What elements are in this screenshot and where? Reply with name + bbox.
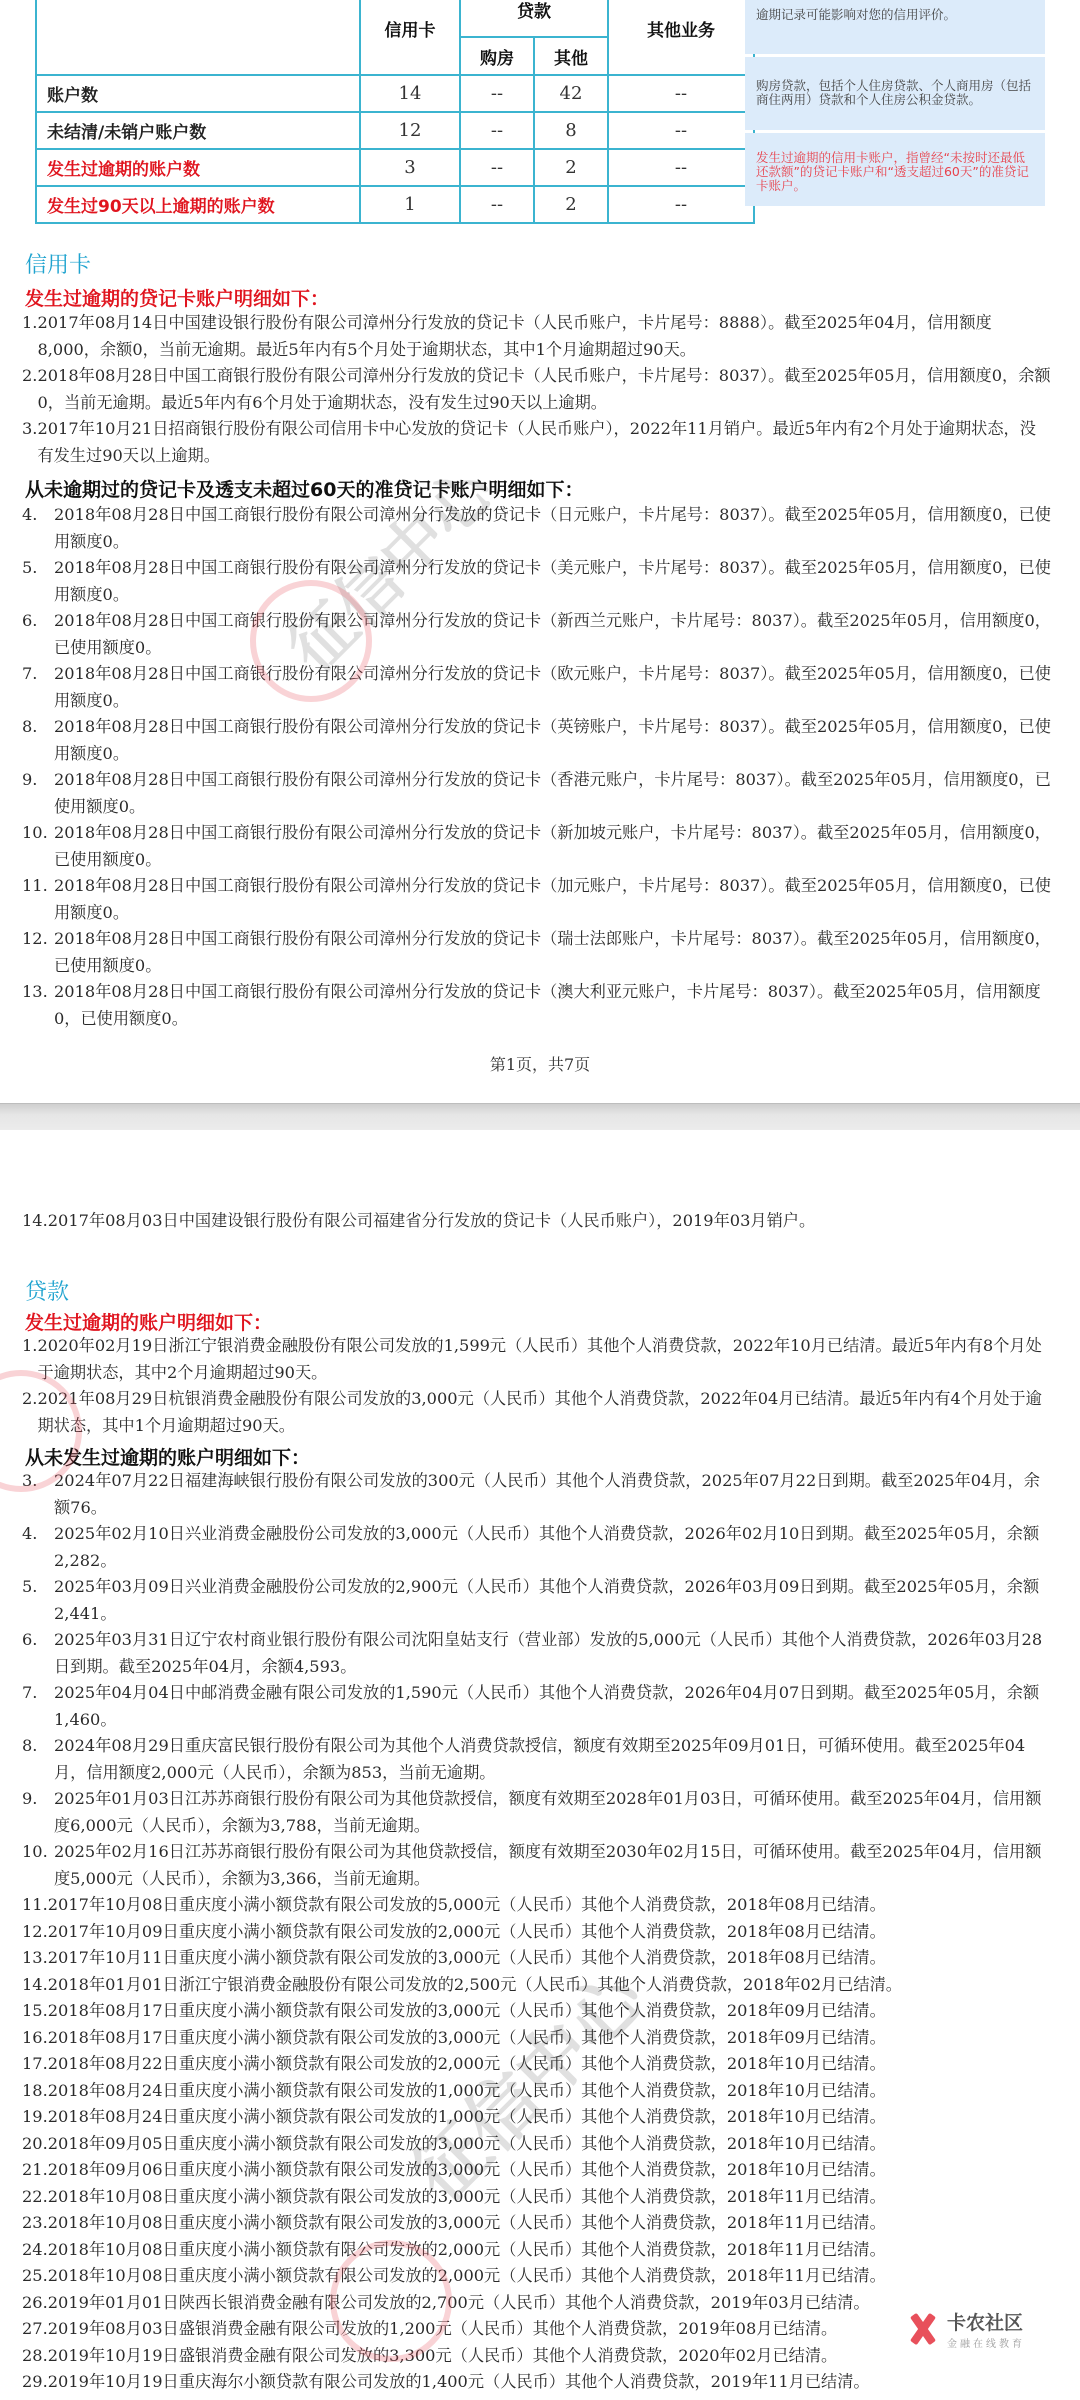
item-number: 5. xyxy=(22,1574,54,1627)
list-item: 14.2018年01月01日浙江宁银消费金融股份有限公司发放的2,500元（人民… xyxy=(22,1972,1052,1999)
credit-card-normal-heading: 从未逾期过的贷记卡及透支未超过60天的准贷记卡账户明细如下： xyxy=(25,475,583,502)
list-item: 2.2021年08月29日杭银消费金融股份有限公司发放的3,000元（人民币）其… xyxy=(22,1386,1052,1439)
page-number: 第1页，共7页 xyxy=(0,1052,1080,1075)
cell-housing: -- xyxy=(460,186,534,223)
cell-other-business: -- xyxy=(608,186,754,223)
item-number: 2. xyxy=(22,363,37,416)
header-loan-other: 其他 xyxy=(534,37,608,75)
item-text: 2019年10月19日盛银消费金融有限公司发放的3,300元（人民币）其他个人消… xyxy=(48,2343,1052,2370)
report-page-2: 14.2017年08月03日中国建设银行股份有限公司福建省分行发放的贷记卡（人民… xyxy=(0,1130,1080,2400)
note-overdue-definition: 发生过逾期的信用卡账户，指曾经“未按时还最低还款额”的贷记卡账户和“透支超过60… xyxy=(745,133,1045,206)
item-text: 2017年10月21日招商银行股份有限公司信用卡中心发放的贷记卡（人民币账户），… xyxy=(37,416,1052,469)
list-item: 2.2018年08月28日中国工商银行股份有限公司漳州分行发放的贷记卡（人民币账… xyxy=(22,363,1052,416)
item-number: 14. xyxy=(22,1208,48,1235)
item-text: 2019年01月01日陕西长银消费金融有限公司发放的2,700元（人民币）其他个… xyxy=(48,2290,1052,2317)
item-text: 2018年08月28日中国工商银行股份有限公司漳州分行发放的贷记卡（美元账户，卡… xyxy=(54,555,1052,608)
item-number: 22. xyxy=(22,2184,48,2211)
credit-card-normal-list: 4.2018年08月28日中国工商银行股份有限公司漳州分行发放的贷记卡（日元账户… xyxy=(22,502,1052,1032)
note-housing-loan: 购房贷款，包括个人住房贷款、个人商用房（包括商住两用）贷款和个人住房公积金贷款。 xyxy=(745,57,1045,130)
list-item: 11.2017年10月08日重庆度小满小额贷款有限公司发放的5,000元（人民币… xyxy=(22,1892,1052,1919)
cell-other: 2 xyxy=(534,149,608,186)
item-text: 2018年10月08日重庆度小满小额贷款有限公司发放的2,000元（人民币）其他… xyxy=(48,2237,1052,2264)
cell-housing: -- xyxy=(460,75,534,112)
list-item: 18.2018年08月24日重庆度小满小额贷款有限公司发放的1,000元（人民币… xyxy=(22,2078,1052,2105)
cell-housing: -- xyxy=(460,112,534,149)
item-text: 2018年08月28日中国工商银行股份有限公司漳州分行发放的贷记卡（加元账户，卡… xyxy=(54,873,1052,926)
list-item: 19.2018年08月24日重庆度小满小额贷款有限公司发放的1,000元（人民币… xyxy=(22,2104,1052,2131)
item-number: 15. xyxy=(22,1998,48,2025)
list-item: 3.2017年10月21日招商银行股份有限公司信用卡中心发放的贷记卡（人民币账户… xyxy=(22,416,1052,469)
item-number: 4. xyxy=(22,1521,54,1574)
item-number: 27. xyxy=(22,2316,48,2343)
cell-other: 8 xyxy=(534,112,608,149)
item-text: 2024年07月22日福建海峡银行股份有限公司发放的300元（人民币）其他个人消… xyxy=(54,1468,1052,1521)
item-number: 6. xyxy=(22,1627,54,1680)
item-text: 2025年03月09日兴业消费金融股份公司发放的2,900元（人民币）其他个人消… xyxy=(54,1574,1052,1627)
list-item: 8.2018年08月28日中国工商银行股份有限公司漳州分行发放的贷记卡（英镑账户… xyxy=(22,714,1052,767)
item-text: 2018年09月06日重庆度小满小额贷款有限公司发放的3,000元（人民币）其他… xyxy=(48,2157,1052,2184)
list-item: 1.2020年02月19日浙江宁银消费金融股份有限公司发放的1,599元（人民币… xyxy=(22,1333,1052,1386)
loan-normal-heading: 从未发生过逾期的账户明细如下： xyxy=(25,1443,310,1470)
list-item: 21.2018年09月06日重庆度小满小额贷款有限公司发放的3,000元（人民币… xyxy=(22,2157,1052,2184)
item-text: 2019年10月19日重庆海尔小额贷款有限公司发放的1,400元（人民币）其他个… xyxy=(48,2369,1052,2396)
list-item: 13.2017年10月11日重庆度小满小额贷款有限公司发放的3,000元（人民币… xyxy=(22,1945,1052,1972)
list-item: 6.2025年03月31日辽宁农村商业银行股份有限公司沈阳皇姑支行（营业部）发放… xyxy=(22,1627,1052,1680)
cell-housing: -- xyxy=(460,149,534,186)
cell-other-business: -- xyxy=(608,149,754,186)
item-number: 1. xyxy=(22,310,37,363)
item-number: 19. xyxy=(22,2104,48,2131)
cell-credit-card: 1 xyxy=(360,186,460,223)
loan-normal-list: 3.2024年07月22日福建海峡银行股份有限公司发放的300元（人民币）其他个… xyxy=(22,1468,1052,2396)
item-text: 2018年08月28日中国工商银行股份有限公司漳州分行发放的贷记卡（新加坡元账户… xyxy=(54,820,1052,873)
cell-other-business: -- xyxy=(608,112,754,149)
table-row: 未结清/未销户账户数 12 -- 8 -- xyxy=(36,112,754,149)
item-text: 2018年08月28日中国工商银行股份有限公司漳州分行发放的贷记卡（人民币账户，… xyxy=(37,363,1052,416)
cell-credit-card: 14 xyxy=(360,75,460,112)
cell-credit-card: 12 xyxy=(360,112,460,149)
item-text: 2018年08月28日中国工商银行股份有限公司漳州分行发放的贷记卡（日元账户，卡… xyxy=(54,502,1052,555)
list-item: 16.2018年08月17日重庆度小满小额贷款有限公司发放的3,000元（人民币… xyxy=(22,2025,1052,2052)
item-text: 2020年02月19日浙江宁银消费金融股份有限公司发放的1,599元（人民币）其… xyxy=(37,1333,1052,1386)
item-number: 28. xyxy=(22,2343,48,2370)
list-item: 7.2025年04月04日中邮消费金融有限公司发放的1,590元（人民币）其他个… xyxy=(22,1680,1052,1733)
item-number: 2. xyxy=(22,1386,37,1439)
item-number: 3. xyxy=(22,416,37,469)
list-item: 28.2019年10月19日盛银消费金融有限公司发放的3,300元（人民币）其他… xyxy=(22,2343,1052,2370)
item-text: 2018年08月17日重庆度小满小额贷款有限公司发放的3,000元（人民币）其他… xyxy=(48,2025,1052,2052)
list-item: 6.2018年08月28日中国工商银行股份有限公司漳州分行发放的贷记卡（新西兰元… xyxy=(22,608,1052,661)
item-text: 2017年10月11日重庆度小满小额贷款有限公司发放的3,000元（人民币）其他… xyxy=(48,1945,1052,1972)
item-text: 2018年08月28日中国工商银行股份有限公司漳州分行发放的贷记卡（新西兰元账户… xyxy=(54,608,1052,661)
item-number: 23. xyxy=(22,2210,48,2237)
list-item: 9.2018年08月28日中国工商银行股份有限公司漳州分行发放的贷记卡（香港元账… xyxy=(22,767,1052,820)
list-item: 15.2018年08月17日重庆度小满小额贷款有限公司发放的3,000元（人民币… xyxy=(22,1998,1052,2025)
item-text: 2018年08月28日中国工商银行股份有限公司漳州分行发放的贷记卡（香港元账户，… xyxy=(54,767,1052,820)
cell-other: 42 xyxy=(534,75,608,112)
item-number: 13. xyxy=(22,1945,48,1972)
item-number: 4. xyxy=(22,502,54,555)
section-title-loan: 贷款 xyxy=(25,1275,69,1306)
list-item: 27.2019年08月03日盛银消费金融有限公司发放的1,200元（人民币）其他… xyxy=(22,2316,1052,2343)
list-item: 17.2018年08月22日重庆度小满小额贷款有限公司发放的2,000元（人民币… xyxy=(22,2051,1052,2078)
report-page-1: 信用卡 贷款 其他业务 购房 其他 账户数 14 -- 42 -- 未结清/未销… xyxy=(0,0,1080,1103)
item-number: 1. xyxy=(22,1333,37,1386)
section-title-credit-card: 信用卡 xyxy=(25,248,91,279)
notes-panel: 逾期记录可能影响对您的信用评价。 购房贷款，包括个人住房贷款、个人商用房（包括商… xyxy=(745,0,1045,209)
list-item: 5.2025年03月09日兴业消费金融股份公司发放的2,900元（人民币）其他个… xyxy=(22,1574,1052,1627)
item-text: 2018年10月08日重庆度小满小额贷款有限公司发放的3,000元（人民币）其他… xyxy=(48,2184,1052,2211)
list-item: 24.2018年10月08日重庆度小满小额贷款有限公司发放的2,000元（人民币… xyxy=(22,2237,1052,2264)
item-number: 21. xyxy=(22,2157,48,2184)
row-label: 发生过逾期的账户数 xyxy=(36,149,360,186)
item-number: 10. xyxy=(22,1839,54,1892)
list-item: 12.2018年08月28日中国工商银行股份有限公司漳州分行发放的贷记卡（瑞士法… xyxy=(22,926,1052,979)
item-text: 2017年08月03日中国建设银行股份有限公司福建省分行发放的贷记卡（人民币账户… xyxy=(48,1208,1052,1235)
table-corner-cell xyxy=(36,0,360,75)
item-number: 8. xyxy=(22,1733,54,1786)
list-item: 12.2017年10月09日重庆度小满小额贷款有限公司发放的2,000元（人民币… xyxy=(22,1919,1052,1946)
credit-card-continued-list: 14.2017年08月03日中国建设银行股份有限公司福建省分行发放的贷记卡（人民… xyxy=(22,1208,1052,1235)
item-number: 16. xyxy=(22,2025,48,2052)
table-row: 发生过90天以上逾期的账户数 1 -- 2 -- xyxy=(36,186,754,223)
note-overdue-impact: 逾期记录可能影响对您的信用评价。 xyxy=(745,0,1045,54)
item-number: 14. xyxy=(22,1972,48,1999)
list-item: 9.2025年01月03日江苏苏商银行股份有限公司为其他贷款授信，额度有效期至2… xyxy=(22,1786,1052,1839)
item-text: 2019年08月03日盛银消费金融有限公司发放的1,200元（人民币）其他个人消… xyxy=(48,2316,1052,2343)
item-number: 5. xyxy=(22,555,54,608)
item-text: 2021年08月29日杭银消费金融股份有限公司发放的3,000元（人民币）其他个… xyxy=(37,1386,1052,1439)
list-item: 4.2018年08月28日中国工商银行股份有限公司漳州分行发放的贷记卡（日元账户… xyxy=(22,502,1052,555)
row-label: 账户数 xyxy=(36,75,360,112)
header-other-business: 其他业务 xyxy=(608,0,754,75)
item-number: 12. xyxy=(22,1919,48,1946)
item-number: 13. xyxy=(22,979,54,1032)
item-number: 7. xyxy=(22,661,54,714)
list-item: 8.2024年08月29日重庆富民银行股份有限公司为其他个人消费贷款授信，额度有… xyxy=(22,1733,1052,1786)
list-item: 22.2018年10月08日重庆度小满小额贷款有限公司发放的3,000元（人民币… xyxy=(22,2184,1052,2211)
item-number: 10. xyxy=(22,820,54,873)
item-text: 2018年01月01日浙江宁银消费金融股份有限公司发放的2,500元（人民币）其… xyxy=(48,1972,1052,1999)
table-row: 账户数 14 -- 42 -- xyxy=(36,75,754,112)
item-number: 24. xyxy=(22,2237,48,2264)
loan-overdue-heading: 发生过逾期的账户明细如下： xyxy=(25,1308,272,1335)
list-item: 11.2018年08月28日中国工商银行股份有限公司漳州分行发放的贷记卡（加元账… xyxy=(22,873,1052,926)
list-item: 7.2018年08月28日中国工商银行股份有限公司漳州分行发放的贷记卡（欧元账户… xyxy=(22,661,1052,714)
item-text: 2018年08月17日重庆度小满小额贷款有限公司发放的3,000元（人民币）其他… xyxy=(48,1998,1052,2025)
item-number: 29. xyxy=(22,2369,48,2396)
list-item: 5.2018年08月28日中国工商银行股份有限公司漳州分行发放的贷记卡（美元账户… xyxy=(22,555,1052,608)
list-item: 10.2018年08月28日中国工商银行股份有限公司漳州分行发放的贷记卡（新加坡… xyxy=(22,820,1052,873)
account-summary-table: 信用卡 贷款 其他业务 购房 其他 账户数 14 -- 42 -- 未结清/未销… xyxy=(35,0,755,224)
header-loan: 贷款 xyxy=(460,0,608,37)
list-item: 20.2018年09月05日重庆度小满小额贷款有限公司发放的3,000元（人民币… xyxy=(22,2131,1052,2158)
list-item: 13.2018年08月28日中国工商银行股份有限公司漳州分行发放的贷记卡（澳大利… xyxy=(22,979,1052,1032)
item-number: 18. xyxy=(22,2078,48,2105)
item-text: 2017年10月09日重庆度小满小额贷款有限公司发放的2,000元（人民币）其他… xyxy=(48,1919,1052,1946)
list-item: 14.2017年08月03日中国建设银行股份有限公司福建省分行发放的贷记卡（人民… xyxy=(22,1208,1052,1235)
list-item: 1.2017年08月14日中国建设银行股份有限公司漳州分行发放的贷记卡（人民币账… xyxy=(22,310,1052,363)
item-text: 2025年03月31日辽宁农村商业银行股份有限公司沈阳皇姑支行（营业部）发放的5… xyxy=(54,1627,1052,1680)
header-loan-housing: 购房 xyxy=(460,37,534,75)
item-number: 17. xyxy=(22,2051,48,2078)
item-text: 2017年08月14日中国建设银行股份有限公司漳州分行发放的贷记卡（人民币账户，… xyxy=(37,310,1052,363)
item-text: 2018年08月28日中国工商银行股份有限公司漳州分行发放的贷记卡（英镑账户，卡… xyxy=(54,714,1052,767)
logo-title: 卡农社区 xyxy=(947,2308,1025,2335)
page-separator xyxy=(0,1103,1080,1132)
item-number: 6. xyxy=(22,608,54,661)
item-text: 2018年08月28日中国工商银行股份有限公司漳州分行发放的贷记卡（瑞士法郎账户… xyxy=(54,926,1052,979)
cell-credit-card: 3 xyxy=(360,149,460,186)
credit-card-overdue-heading: 发生过逾期的贷记卡账户明细如下： xyxy=(25,284,329,311)
loan-overdue-list: 1.2020年02月19日浙江宁银消费金融股份有限公司发放的1,599元（人民币… xyxy=(22,1333,1052,1439)
cell-other: 2 xyxy=(534,186,608,223)
list-item: 3.2024年07月22日福建海峡银行股份有限公司发放的300元（人民币）其他个… xyxy=(22,1468,1052,1521)
item-text: 2018年09月05日重庆度小满小额贷款有限公司发放的3,000元（人民币）其他… xyxy=(48,2131,1052,2158)
logo-subtitle: 金融在线教育 xyxy=(947,2335,1025,2350)
kanong-community-logo: 卡农社区 金融在线教育 xyxy=(905,2308,1025,2350)
item-text: 2018年08月28日中国工商银行股份有限公司漳州分行发放的贷记卡（欧元账户，卡… xyxy=(54,661,1052,714)
table-row: 发生过逾期的账户数 3 -- 2 -- xyxy=(36,149,754,186)
item-text: 2017年10月08日重庆度小满小额贷款有限公司发放的5,000元（人民币）其他… xyxy=(48,1892,1052,1919)
item-number: 20. xyxy=(22,2131,48,2158)
item-text: 2018年08月24日重庆度小满小额贷款有限公司发放的1,000元（人民币）其他… xyxy=(48,2078,1052,2105)
cell-other-business: -- xyxy=(608,75,754,112)
item-number: 26. xyxy=(22,2290,48,2317)
item-text: 2025年02月10日兴业消费金融股份公司发放的3,000元（人民币）其他个人消… xyxy=(54,1521,1052,1574)
item-number: 9. xyxy=(22,767,54,820)
list-item: 25.2018年10月08日重庆度小满小额贷款有限公司发放的2,000元（人民币… xyxy=(22,2263,1052,2290)
list-item: 4.2025年02月10日兴业消费金融股份公司发放的3,000元（人民币）其他个… xyxy=(22,1521,1052,1574)
item-text: 2025年04月04日中邮消费金融有限公司发放的1,590元（人民币）其他个人消… xyxy=(54,1680,1052,1733)
item-number: 12. xyxy=(22,926,54,979)
list-item: 29.2019年10月19日重庆海尔小额贷款有限公司发放的1,400元（人民币）… xyxy=(22,2369,1052,2396)
item-number: 11. xyxy=(22,1892,48,1919)
kanong-logo-icon xyxy=(905,2312,939,2346)
header-credit-card: 信用卡 xyxy=(360,0,460,75)
item-number: 11. xyxy=(22,873,54,926)
item-text: 2018年10月08日重庆度小满小额贷款有限公司发放的2,000元（人民币）其他… xyxy=(48,2263,1052,2290)
item-text: 2025年01月03日江苏苏商银行股份有限公司为其他贷款授信，额度有效期至202… xyxy=(54,1786,1052,1839)
item-text: 2025年02月16日江苏苏商银行股份有限公司为其他贷款授信，额度有效期至203… xyxy=(54,1839,1052,1892)
item-text: 2024年08月29日重庆富民银行股份有限公司为其他个人消费贷款授信，额度有效期… xyxy=(54,1733,1052,1786)
row-label: 未结清/未销户账户数 xyxy=(36,112,360,149)
item-number: 8. xyxy=(22,714,54,767)
list-item: 23.2018年10月08日重庆度小满小额贷款有限公司发放的3,000元（人民币… xyxy=(22,2210,1052,2237)
list-item: 10.2025年02月16日江苏苏商银行股份有限公司为其他贷款授信，额度有效期至… xyxy=(22,1839,1052,1892)
item-number: 3. xyxy=(22,1468,54,1521)
item-number: 7. xyxy=(22,1680,54,1733)
list-item: 26.2019年01月01日陕西长银消费金融有限公司发放的2,700元（人民币）… xyxy=(22,2290,1052,2317)
row-label: 发生过90天以上逾期的账户数 xyxy=(36,186,360,223)
item-text: 2018年08月22日重庆度小满小额贷款有限公司发放的2,000元（人民币）其他… xyxy=(48,2051,1052,2078)
credit-card-overdue-list: 1.2017年08月14日中国建设银行股份有限公司漳州分行发放的贷记卡（人民币账… xyxy=(22,310,1052,469)
item-text: 2018年08月24日重庆度小满小额贷款有限公司发放的1,000元（人民币）其他… xyxy=(48,2104,1052,2131)
item-number: 25. xyxy=(22,2263,48,2290)
item-text: 2018年08月28日中国工商银行股份有限公司漳州分行发放的贷记卡（澳大利亚元账… xyxy=(54,979,1052,1032)
item-text: 2018年10月08日重庆度小满小额贷款有限公司发放的3,000元（人民币）其他… xyxy=(48,2210,1052,2237)
item-number: 9. xyxy=(22,1786,54,1839)
